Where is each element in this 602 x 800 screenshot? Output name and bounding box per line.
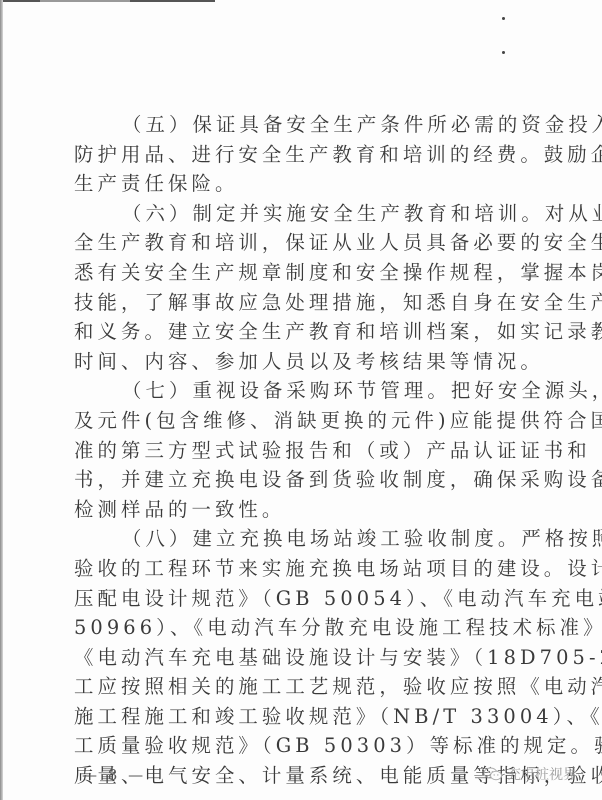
wechat-icon	[483, 767, 503, 781]
watermark: 充电桩视界	[483, 764, 577, 784]
text-line: 施工程施工和竣工验收规范》（NB/T 33004）、《建筑电气工程施	[74, 702, 536, 732]
text-line: （五）保证具备安全生产条件所必需的资金投入。配置安全	[74, 110, 536, 140]
text-line: 书，并建立充换电设备到货验收制度，确保采购设备与通过认证	[74, 465, 536, 495]
text-line: 生产责任保险。	[74, 169, 536, 199]
text-line: 压配电设计规范》（GB 50054）、《电动汽车充电站设计规范》（GB	[74, 584, 536, 614]
paragraph-7: （七）重视设备采购环节管理。把好安全源头，采购的设备 及元件(包含维修、消缺更换…	[74, 376, 536, 524]
scan-top-edge-shadow	[40, 0, 130, 2]
text-line: 悉有关安全生产规章制度和安全操作规程，掌握本岗位安全操作	[74, 258, 536, 288]
text-line: 工质量验收规范》（GB 50303）等标准的规定。验收重点是施工	[74, 731, 536, 761]
watermark-text: 充电桩视界	[507, 764, 577, 784]
scan-left-edge	[0, 0, 3, 800]
text-line: 及元件(包含维修、消缺更换的元件)应能提供符合国家、行业标	[74, 406, 536, 436]
text-line: （六）制定并实施安全生产教育和培训。对从业人员进行安	[74, 199, 536, 229]
text-line: 工应按照相关的施工工艺规范，验收应按照《电动汽车充换电设	[74, 672, 536, 702]
page-number: — 8 —	[82, 766, 146, 784]
paragraph-6: （六）制定并实施安全生产教育和培训。对从业人员进行安 全生产教育和培训，保证从业…	[74, 199, 536, 377]
text-line: 时间、内容、参加人员以及考核结果等情况。	[74, 347, 536, 377]
text-line: 50966）、《电动汽车分散充电设施工程技术标准》（GB/T 51313）、	[74, 613, 536, 643]
document-body: （五）保证具备安全生产条件所必需的资金投入。配置安全 防护用品、进行安全生产教育…	[74, 110, 536, 791]
binding-hole-dot	[502, 51, 505, 54]
text-line: 准的第三方型式试验报告和（或）产品认证证书和（或）合格证	[74, 436, 536, 466]
text-line: （七）重视设备采购环节管理。把好安全源头，采购的设备	[74, 376, 536, 406]
text-line: 技能，了解事故应急处理措施，知悉自身在安全生产方面的权利	[74, 288, 536, 318]
paragraph-5: （五）保证具备安全生产条件所必需的资金投入。配置安全 防护用品、进行安全生产教育…	[74, 110, 536, 199]
paragraph-8: （八）建立充换电场站竣工验收制度。严格按照设计、施工、 验收的工程环节来实施充换…	[74, 524, 536, 790]
binding-hole-dot	[502, 17, 505, 20]
text-line: 《电动汽车充电基础设施设计与安装》（18D705-2）等标准，施	[74, 643, 536, 673]
text-line: 和义务。建立安全生产教育和培训档案，如实记录教育和培训的	[74, 317, 536, 347]
text-line: （八）建立充换电场站竣工验收制度。严格按照设计、施工、	[74, 524, 536, 554]
text-line: 全生产教育和培训，保证从业人员具备必要的安全生产知识，熟	[74, 228, 536, 258]
text-line: 检测样品的一致性。	[74, 495, 536, 525]
text-line: 验收的工程环节来实施充换电场站项目的建设。设计应依据《低	[74, 554, 536, 584]
text-line: 防护用品、进行安全生产教育和培训的经费。鼓励企业投保安全	[74, 140, 536, 170]
